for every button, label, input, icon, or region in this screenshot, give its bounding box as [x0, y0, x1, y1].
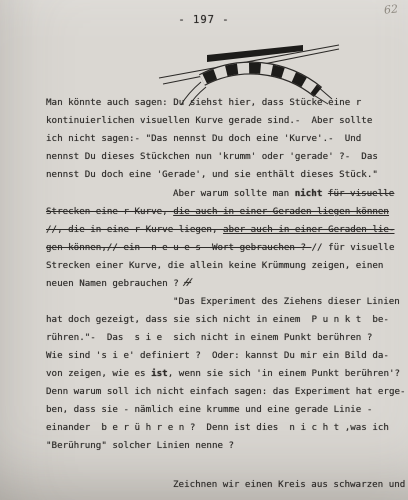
text-segment-bold: ist	[151, 368, 168, 379]
text-line: "Berührung" solcher Linien nenne ?	[46, 437, 406, 455]
text-segment: Man könnte auch sagen: Du siehst hier, d…	[46, 97, 361, 108]
text-segment: nennst Du dieses Stückchen nun 'krumm' o…	[46, 151, 378, 162]
page-number: - 197 -	[0, 14, 408, 26]
text-segment: "Berührung" solcher Linien nenne ?	[46, 440, 234, 451]
text-segment: Zeichnen wir einen Kreis aus schwarzen u…	[173, 479, 405, 490]
text-line: Denn warum soll ich nicht einfach sagen:…	[46, 383, 406, 401]
text-segment: hat doch gezeigt, dass sie sich nicht in…	[46, 314, 389, 325]
paragraph: Aber warum sollte man nicht für visuelle…	[46, 185, 406, 293]
text-segment: // für visuelle	[312, 242, 395, 253]
text-segment: "Das Experiment des Ziehens dieser Linie…	[173, 296, 400, 307]
text-segment: nennst Du doch eine 'Gerade', und sie en…	[46, 169, 378, 180]
text-line: hat doch gezeigt, dass sie sich nicht in…	[46, 311, 406, 329]
text-line: Wie sind 's i e' definiert ? Oder: kanns…	[46, 347, 406, 365]
text-line: einander b e r ü h r e n ? Denn ist dies…	[46, 419, 406, 437]
text-line: gen können,// ein n e u e s Wort gebrauc…	[46, 239, 406, 257]
text-line: ich nicht sagen:- "Das nennst Du doch ei…	[46, 130, 406, 148]
text-line: "Das Experiment des Ziehens dieser Linie…	[46, 293, 406, 311]
text-segment: ben, dass sie - nämlich eine krumme und …	[46, 404, 372, 415]
text-segment: kontinuierlichen visuellen Kurve gerade …	[46, 115, 372, 126]
paragraph: "Das Experiment des Ziehens dieser Linie…	[46, 293, 406, 455]
text-line: Strecken einer Kurve, die allein keine K…	[46, 257, 406, 275]
text-line: Zeichnen wir einen Kreis aus schwarzen u…	[46, 476, 406, 494]
text-segment: Aber warum sollte man	[173, 188, 295, 199]
text-segment: Denn warum soll ich nicht einfach sagen:…	[46, 386, 406, 397]
text-line: Strecken eine r Kurve, die auch in einer…	[46, 203, 406, 221]
text-segment: von zeigen, wie es	[46, 368, 151, 379]
text-segment: , wenn sie sich 'in einem Punkt berühren…	[168, 368, 400, 379]
text-line: Man könnte auch sagen: Du siehst hier, d…	[46, 94, 406, 112]
text-segment-strike: gen können,// ein n e u e s Wort gebrauc…	[46, 242, 312, 253]
text-line: //, die in eine r Kurve liegen, aber auc…	[46, 221, 406, 239]
text-line: von zeigen, wie es ist, wenn sie sich 'i…	[46, 365, 406, 383]
text-line: Aber warum sollte man nicht für visuelle	[46, 185, 406, 203]
text-line: nennst Du doch eine 'Gerade', und sie en…	[46, 166, 406, 184]
text-segment: ich nicht sagen:- "Das nennst Du doch ei…	[46, 133, 361, 144]
text-line: nennst Du dieses Stückchen nun 'krumm' o…	[46, 148, 406, 166]
text-segment-strike-ul: aber auch in einer Geraden lie-	[223, 224, 394, 235]
text-line: ben, dass sie - nämlich eine krumme und …	[46, 401, 406, 419]
text-segment: einander b e r ü h r e n ? Denn ist dies…	[46, 422, 389, 433]
paragraph: Zeichnen wir einen Kreis aus schwarzen u…	[46, 476, 406, 494]
text-segment-strike: //, die in eine r Kurve liegen,	[46, 224, 223, 235]
text-segment-strike: für visuelle	[328, 188, 394, 199]
text-segment-bold: nicht	[295, 188, 323, 199]
text-line: neuen Namen gebrauchen ? //	[46, 275, 406, 293]
paragraph: Man könnte auch sagen: Du siehst hier, d…	[46, 94, 406, 184]
handwritten-folio-number: 62	[383, 2, 398, 16]
scanned-document-page: - 197 - 62 Man könnte auch sagen: Du sie…	[0, 0, 408, 500]
text-segment-strike: Strecken eine r Kurve,	[46, 206, 173, 217]
text-segment-strike-ul: die auch in einer Geraden liegen können	[173, 206, 389, 217]
text-line: kontinuierlichen visuellen Kurve gerade …	[46, 112, 406, 130]
text-segment: neuen Namen gebrauchen ?	[46, 278, 184, 289]
text-segment: rühren."- Das s i e sich nicht in einem …	[46, 332, 372, 343]
text-segment: Wie sind 's i e' definiert ? Oder: kanns…	[46, 350, 389, 361]
text-segment: Strecken einer Kurve, die allein keine K…	[46, 260, 383, 271]
text-segment-hand: //	[183, 274, 194, 292]
body-text: Man könnte auch sagen: Du siehst hier, d…	[46, 94, 406, 494]
text-line: rühren."- Das s i e sich nicht in einem …	[46, 329, 406, 347]
